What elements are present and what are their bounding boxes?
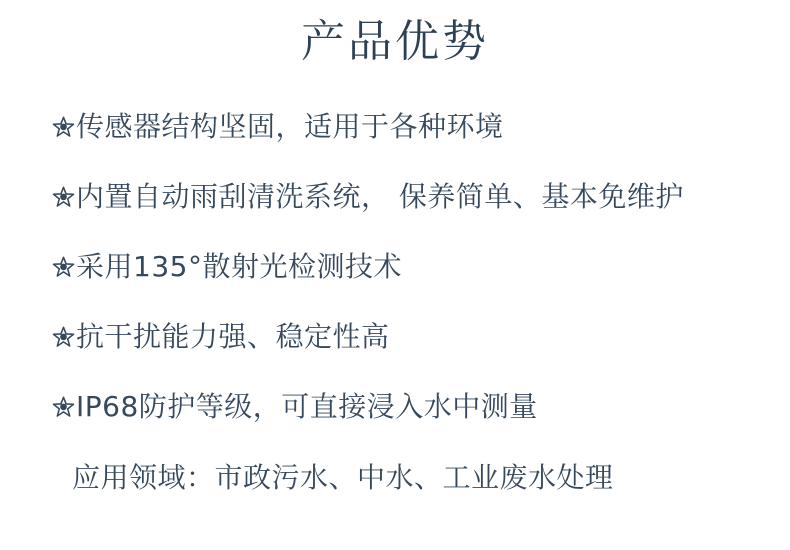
list-item: 传感器结构坚固，适用于各种环境: [52, 113, 790, 141]
list-item-text: 传感器结构坚固，适用于各种环境: [76, 113, 504, 141]
star-bullet-icon: [52, 256, 75, 279]
list-item: 抗干扰能力强、稳定性高: [52, 323, 790, 351]
list-item-text: 内置自动雨刮清洗系统， 保养简单、基本免维护: [76, 183, 684, 211]
advantages-list: 传感器结构坚固，适用于各种环境 内置自动雨刮清洗系统， 保养简单、基本免维护 采…: [52, 113, 790, 421]
star-bullet-icon: [52, 116, 75, 139]
product-advantages-page: 产品优势 传感器结构坚固，适用于各种环境 内置自动雨刮清洗系统， 保养简单、基本…: [0, 0, 790, 550]
star-bullet-icon: [52, 396, 75, 419]
star-bullet-icon: [52, 186, 75, 209]
list-item: 采用135°散射光检测技术: [52, 253, 790, 281]
page-title: 产品优势: [0, 0, 790, 68]
list-item-text: IP68防护等级，可直接浸入水中测量: [76, 393, 538, 421]
list-item: 内置自动雨刮清洗系统， 保养简单、基本免维护: [52, 183, 790, 211]
star-bullet-icon: [52, 326, 75, 349]
application-fields-line: 应用领域：市政污水、中水、工业废水处理: [72, 463, 790, 493]
list-item-text: 抗干扰能力强、稳定性高: [76, 323, 390, 351]
list-item: IP68防护等级，可直接浸入水中测量: [52, 393, 790, 421]
list-item-text: 采用135°散射光检测技术: [76, 253, 402, 281]
